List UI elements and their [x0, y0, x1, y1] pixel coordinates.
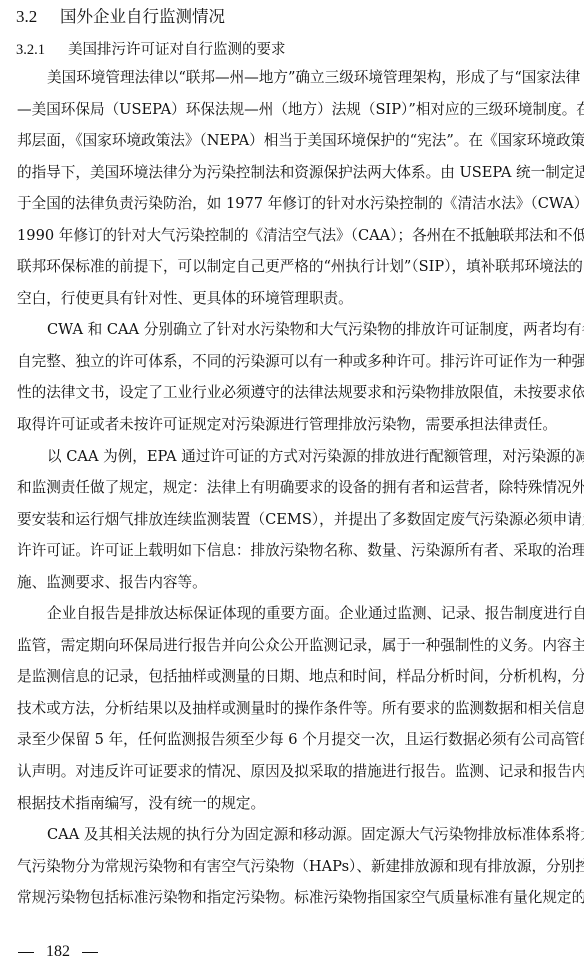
paragraph-4-line: 技术或方法，分析结果以及抽样或测量时的操作条件等。所有要求的监测数据和相关信息记 [17, 693, 569, 725]
paragraph-1-line: 邦层面，《国家环境政策法》（NEPA）相当于美国环境保护的“宪法”。在《国家环境… [17, 125, 569, 157]
paragraph-1-line: —美国环保局（USEPA）环保法规—州（地方）法规（SIP）”相对应的三级环境制… [17, 94, 569, 126]
subsection-heading: 3.2.1美国排污许可证对自行监测的要求 [16, 38, 286, 62]
paragraph-5-line: 常规污染物包括标准污染物和指定污染物。标准污染物指国家空气质量标准有量化规定的 … [17, 882, 569, 914]
paragraph-2-line: CWA 和 CAA 分别确立了针对水污染物和大气污染物的排放许可证制度，两者均有… [17, 314, 569, 346]
body-text: 美国环境管理法律以“联邦—州—地方”确立三级环境管理架构，形成了与“国家法律 —… [17, 62, 569, 914]
paragraph-1-line: 的指导下，美国环境法律分为污染控制法和资源保护法两大体系。由 USEPA 统一制… [17, 157, 569, 189]
paragraph-1-line: 联邦环保标准的前提下，可以制定自己更严格的“州执行计划”（SIP），填补联邦环境… [17, 251, 569, 283]
paragraph-2-line: 自完整、独立的许可体系，不同的污染源可以有一种或多种许可。排污许可证作为一种强制 [17, 346, 569, 378]
paragraph-3-line: 许许可证。许可证上载明如下信息：排放污染物名称、数量、污染源所有者、采取的治理措 [17, 535, 569, 567]
paragraph-1-line: 空白，行使更具有针对性、更具体的环境管理职责。 [17, 283, 569, 315]
paragraph-1-line: 1990 年修订的针对大气污染控制的《清洁空气法》（CAA）；各州在不抵触联邦法… [17, 220, 569, 252]
paragraph-2-line: 性的法律文书，设定了工业行业必须遵守的法律法规要求和污染物排放限值，未按要求依法 [17, 377, 569, 409]
paragraph-5-line: CAA 及其相关法规的执行分为固定源和移动源。固定源大气污染物排放标准体系将大 [17, 819, 569, 851]
paragraph-3-line: 要安装和运行烟气排放连续监测装置（CEMS），并提出了多数固定废气污染源必须申请… [17, 504, 569, 536]
subsection-title: 美国排污许可证对自行监测的要求 [68, 42, 286, 58]
document-page: 3.2国外企业自行监测情况 3.2.1美国排污许可证对自行监测的要求 美国环境管… [0, 0, 584, 965]
paragraph-3-line: 以 CAA 为例，EPA 通过许可证的方式对污染源的排放进行配额管理，对污染源的… [17, 441, 569, 473]
paragraph-4-line: 录至少保留 5 年，任何监测报告须至少每 6 个月提交一次，且运行数据必须有公司… [17, 724, 569, 756]
section-heading: 3.2国外企业自行监测情况 [16, 4, 225, 30]
paragraph-3-line: 和监测责任做了规定，规定：法律上有明确要求的设备的拥有者和运营者，除特殊情况外都 [17, 472, 569, 504]
paragraph-1-line: 美国环境管理法律以“联邦—州—地方”确立三级环境管理架构，形成了与“国家法律 [17, 62, 569, 94]
section-number: 3.2 [16, 4, 60, 30]
footer-dash-right [82, 952, 98, 953]
page-number: 182 [46, 943, 70, 960]
paragraph-4-line: 监管，需定期向环保局进行报告并向公众公开监测记录，属于一种强制性的义务。内容主要 [17, 630, 569, 662]
paragraph-4-line: 认声明。对违反许可证要求的情况、原因及拟采取的措施进行报告。监测、记录和报告内容 [17, 756, 569, 788]
page-footer: 182 [16, 938, 100, 965]
paragraph-5-line: 气污染物分为常规污染物和有害空气污染物（HAPs）、新建排放源和现有排放源，分别… [17, 851, 569, 883]
paragraph-4-line: 根据技术指南编写，没有统一的规定。 [17, 788, 569, 820]
subsection-number: 3.2.1 [16, 38, 68, 62]
paragraph-2-line: 取得许可证或者未按许可证规定对污染源进行管理排放污染物，需要承担法律责任。 [17, 409, 569, 441]
paragraph-3-line: 施、监测要求、报告内容等。 [17, 567, 569, 599]
section-title: 国外企业自行监测情况 [60, 7, 225, 26]
footer-dash-left [18, 952, 34, 953]
paragraph-4-line: 是监测信息的记录，包括抽样或测量的日期、地点和时间，样品分析时间，分析机构，分析 [17, 661, 569, 693]
paragraph-1-line: 于全国的法律负责污染防治，如 1977 年修订的针对水污染控制的《清洁水法》（C… [17, 188, 569, 220]
paragraph-4-line: 企业自报告是排放达标保证体现的重要方面。企业通过监测、记录、报告制度进行自身 [17, 598, 569, 630]
